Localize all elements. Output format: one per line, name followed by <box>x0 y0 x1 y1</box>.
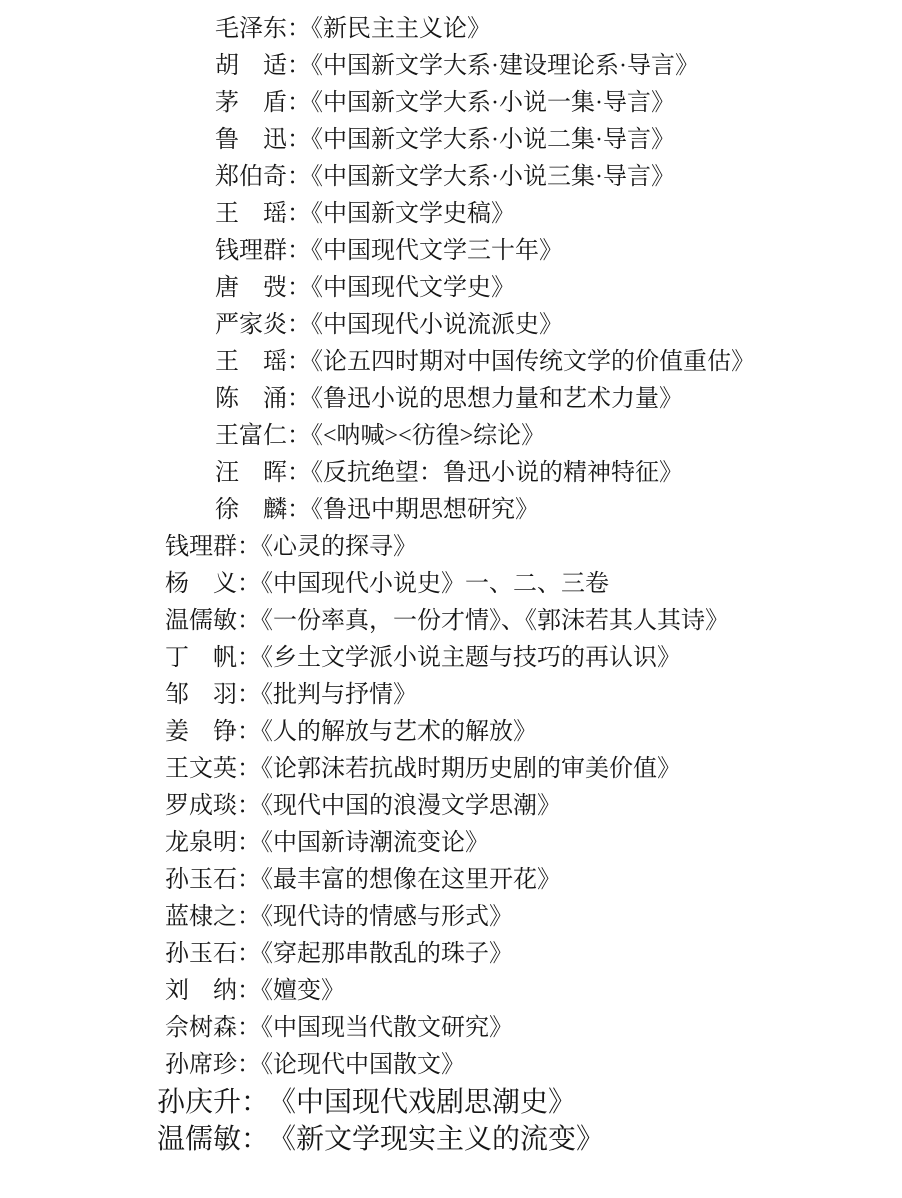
author-name: 姜 铮： <box>165 719 261 745</box>
bibliography-entry: 温儒敏：《一份率真，一份才情》、《郭沫若其人其诗》 <box>0 603 902 640</box>
author-name: 严家炎： <box>215 312 311 338</box>
author-name: 王 瑶： <box>215 201 311 227</box>
work-title: 《中国新文学大系·小说三集·导言》 <box>311 164 675 190</box>
work-title: 《一份率真，一份才情》、《郭沫若其人其诗》 <box>261 608 729 634</box>
author-name: 钱理群： <box>215 238 311 264</box>
bibliography-entry: 温儒敏：《新文学现实主义的流变》 <box>0 1121 902 1158</box>
bibliography-entry: 姜 铮：《人的解放与艺术的解放》 <box>0 714 902 751</box>
author-name: 钱理群： <box>165 534 261 560</box>
author-name: 刘 纳： <box>165 978 261 1004</box>
author-name: 王 瑶： <box>215 349 311 375</box>
work-title: 《中国新文学大系·小说二集·导言》 <box>311 127 675 153</box>
bibliography-entry: 严家炎：《中国现代小说流派史》 <box>0 307 902 344</box>
bibliography-entry: 蓝棣之：《现代诗的情感与形式》 <box>0 899 902 936</box>
work-title: 《穿起那串散乱的珠子》 <box>261 941 513 967</box>
author-name: 杨 义： <box>165 571 261 597</box>
work-title: 《现代中国的浪漫文学思潮》 <box>261 793 561 819</box>
work-title: 《现代诗的情感与形式》 <box>261 904 513 930</box>
author-name: 王文英： <box>165 756 261 782</box>
author-name: 鲁 迅： <box>215 127 311 153</box>
work-title: 《批判与抒情》 <box>261 682 417 708</box>
author-name: 孙庆升： <box>157 1087 269 1118</box>
work-title: 《中国新诗潮流变论》 <box>261 830 489 856</box>
author-name: 王富仁： <box>215 423 311 449</box>
bibliography-entry: 王 瑶：《论五四时期对中国传统文学的价值重估》 <box>0 344 902 381</box>
bibliography-entry: 胡 适：《中国新文学大系·建设理论系·导言》 <box>0 48 902 85</box>
document-page: 毛泽东：《新民主主义论》 胡 适：《中国新文学大系·建设理论系·导言》 茅 盾：… <box>0 0 902 1198</box>
work-title: 《乡土文学派小说主题与技巧的再认识》 <box>261 645 681 671</box>
bibliography-entry: 陈 涌：《鲁迅小说的思想力量和艺术力量》 <box>0 381 902 418</box>
author-name: 毛泽东： <box>215 16 311 42</box>
author-name: 丁 帆： <box>165 645 261 671</box>
author-name: 胡 适： <box>215 53 311 79</box>
work-title: 《心灵的探寻》 <box>261 534 417 560</box>
bibliography-entry: 孙玉石：《最丰富的想像在这里开花》 <box>0 862 902 899</box>
bibliography-entry: 王 瑶：《中国新文学史稿》 <box>0 196 902 233</box>
author-name: 温儒敏： <box>157 1124 269 1155</box>
author-name: 温儒敏： <box>165 608 261 634</box>
bibliography-entry: 罗成琰：《现代中国的浪漫文学思潮》 <box>0 788 902 825</box>
author-name: 龙泉明： <box>165 830 261 856</box>
bibliography-entry: 龙泉明：《中国新诗潮流变论》 <box>0 825 902 862</box>
author-name: 郑伯奇： <box>215 164 311 190</box>
work-title: 《中国现代文学史》 <box>311 275 515 301</box>
work-title: 《中国新文学大系·建设理论系·导言》 <box>311 53 699 79</box>
work-title: 《鲁迅中期思想研究》 <box>311 497 539 523</box>
work-title: 《新文学现实主义的流变》 <box>282 1124 604 1155</box>
bibliography-entry: 孙玉石：《穿起那串散乱的珠子》 <box>0 936 902 973</box>
bibliography-entry: 佘树森：《中国现当代散文研究》 <box>0 1010 902 1047</box>
bibliography-entry: 王文英：《论郭沫若抗战时期历史剧的审美价值》 <box>0 751 902 788</box>
author-name: 孙玉石： <box>165 867 261 893</box>
work-title: 《中国现当代散文研究》 <box>261 1015 513 1041</box>
author-name: 罗成琰： <box>165 793 261 819</box>
bibliography-entry: 钱理群：《中国现代文学三十年》 <box>0 233 902 270</box>
author-name: 佘树森： <box>165 1015 261 1041</box>
work-title: 《中国现代小说流派史》 <box>311 312 563 338</box>
author-name: 唐 弢： <box>215 275 311 301</box>
work-title: 《中国现代戏剧思潮史》 <box>282 1087 576 1118</box>
work-title: 《中国现代小说史》一、二、三卷 <box>261 571 609 597</box>
work-title: 《<呐喊><彷徨>综论》 <box>311 423 545 449</box>
author-name: 茅 盾： <box>215 90 311 116</box>
bibliography-entry: 茅 盾：《中国新文学大系·小说一集·导言》 <box>0 85 902 122</box>
bibliography-list: 毛泽东：《新民主主义论》 胡 适：《中国新文学大系·建设理论系·导言》 茅 盾：… <box>0 0 902 1158</box>
work-title: 《论郭沫若抗战时期历史剧的审美价值》 <box>261 756 681 782</box>
author-name: 孙席珍： <box>165 1052 261 1078</box>
bibliography-entry: 刘 纳：《嬗变》 <box>0 973 902 1010</box>
bibliography-entry: 邹 羽：《批判与抒情》 <box>0 677 902 714</box>
work-title: 《论现代中国散文》 <box>261 1052 465 1078</box>
bibliography-entry: 王富仁：《<呐喊><彷徨>综论》 <box>0 418 902 455</box>
work-title: 《鲁迅小说的思想力量和艺术力量》 <box>311 386 683 412</box>
author-name: 孙玉石： <box>165 941 261 967</box>
work-title: 《最丰富的想像在这里开花》 <box>261 867 561 893</box>
bibliography-entry: 唐 弢：《中国现代文学史》 <box>0 270 902 307</box>
author-name: 邹 羽： <box>165 682 261 708</box>
bibliography-entry: 汪 晖：《反抗绝望：鲁迅小说的精神特征》 <box>0 455 902 492</box>
work-title: 《中国新文学史稿》 <box>311 201 515 227</box>
work-title: 《中国现代文学三十年》 <box>311 238 563 264</box>
work-title: 《论五四时期对中国传统文学的价值重估》 <box>311 349 755 375</box>
bibliography-entry: 孙席珍：《论现代中国散文》 <box>0 1047 902 1084</box>
bibliography-entry: 毛泽东：《新民主主义论》 <box>0 11 902 48</box>
author-name: 汪 晖： <box>215 460 311 486</box>
bibliography-entry: 丁 帆：《乡土文学派小说主题与技巧的再认识》 <box>0 640 902 677</box>
bibliography-entry: 郑伯奇：《中国新文学大系·小说三集·导言》 <box>0 159 902 196</box>
author-name: 蓝棣之： <box>165 904 261 930</box>
work-title: 《嬗变》 <box>261 978 345 1004</box>
work-title: 《新民主主义论》 <box>311 16 491 42</box>
work-title: 《中国新文学大系·小说一集·导言》 <box>311 90 675 116</box>
bibliography-entry: 鲁 迅：《中国新文学大系·小说二集·导言》 <box>0 122 902 159</box>
bibliography-entry: 杨 义：《中国现代小说史》一、二、三卷 <box>0 566 902 603</box>
bibliography-entry: 孙庆升：《中国现代戏剧思潮史》 <box>0 1084 902 1121</box>
work-title: 《反抗绝望：鲁迅小说的精神特征》 <box>311 460 683 486</box>
work-title: 《人的解放与艺术的解放》 <box>261 719 537 745</box>
bibliography-entry: 钱理群：《心灵的探寻》 <box>0 529 902 566</box>
author-name: 陈 涌： <box>215 386 311 412</box>
bibliography-entry: 徐 麟：《鲁迅中期思想研究》 <box>0 492 902 529</box>
author-name: 徐 麟： <box>215 497 311 523</box>
